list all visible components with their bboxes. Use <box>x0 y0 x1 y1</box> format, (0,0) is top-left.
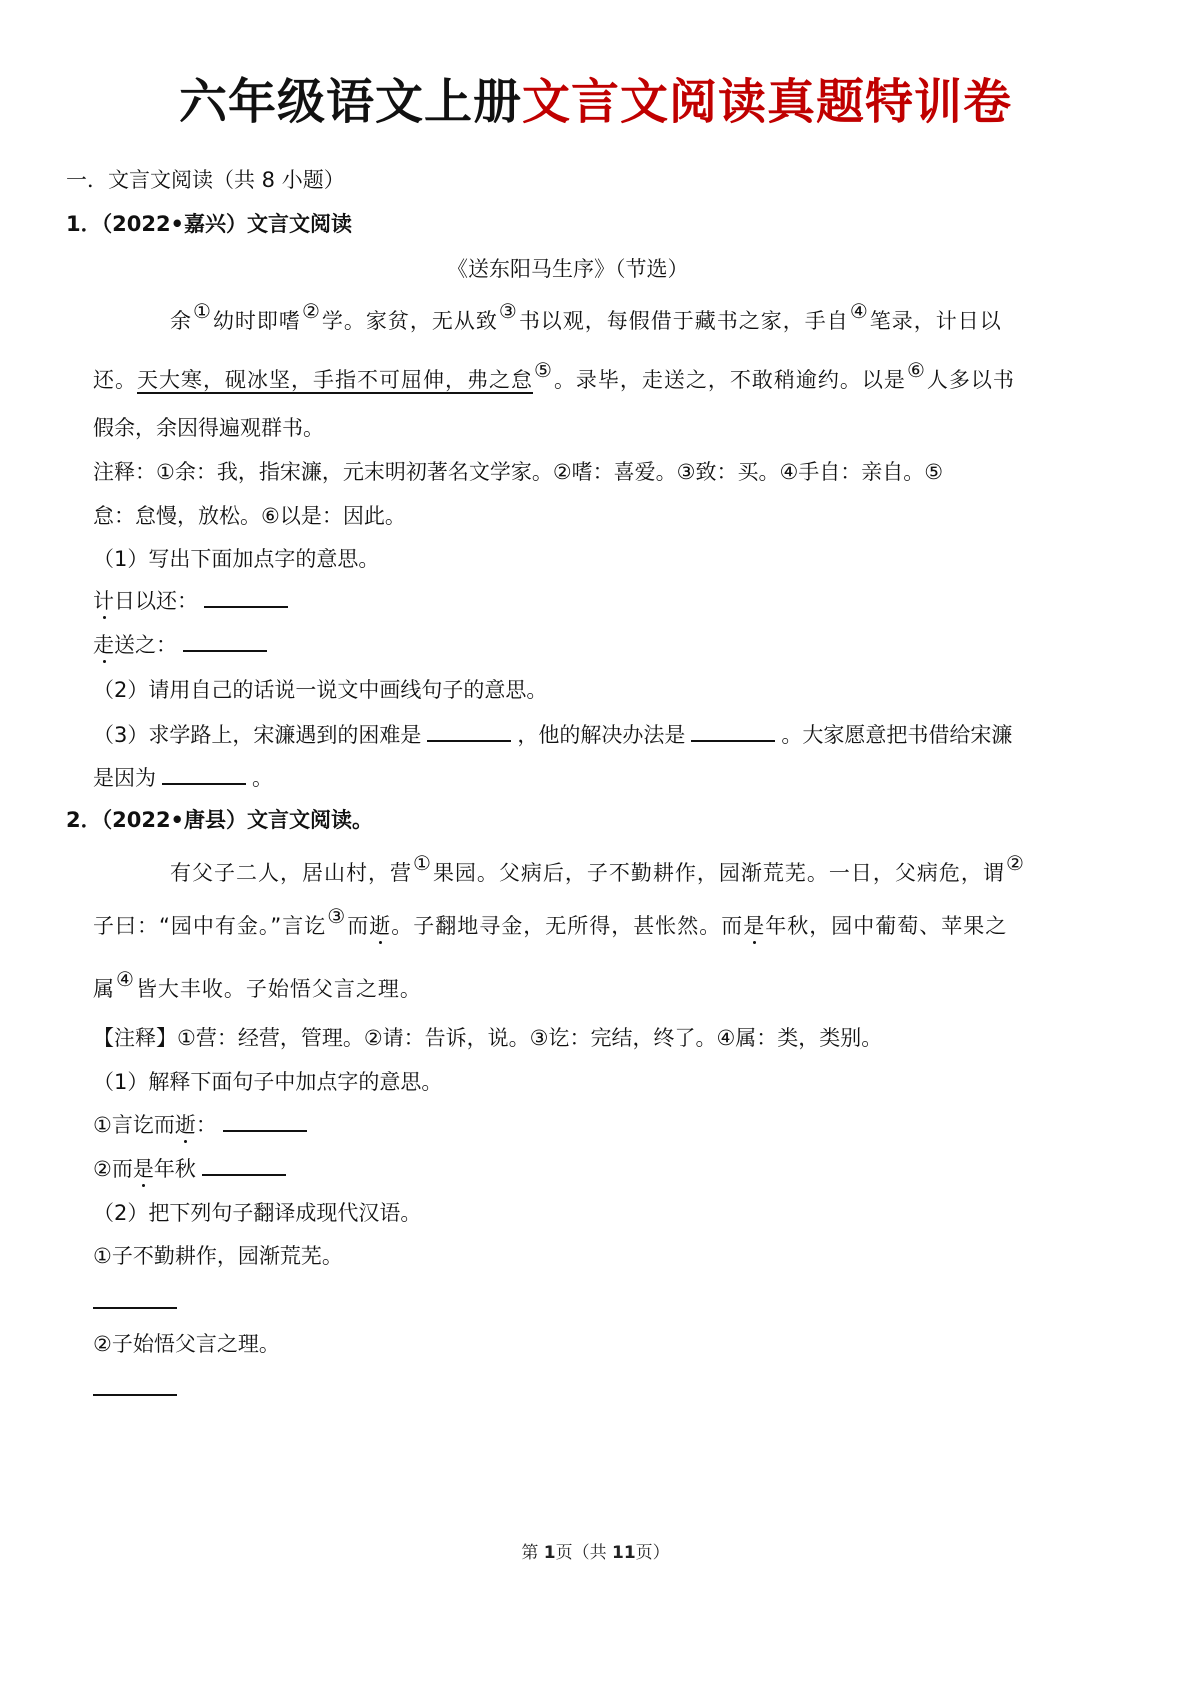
q1-sub3-cont: 是因为。 <box>93 763 273 792</box>
section-heading: 一．文言文阅读（共 8 小题） <box>66 166 345 194</box>
q2-item1: ①言讫而逝： <box>93 1110 313 1139</box>
q1-passage-title: 《送东阳马生序》（节选） <box>447 255 689 283</box>
q2-notes: 【注释】①营：经营，管理。②请：告诉，说。③讫：完结，终了。④属：类，类别。 <box>93 1024 882 1052</box>
q2-header: 2．（2022•唐县）文言文阅读。 <box>66 806 373 834</box>
page-total: 11 <box>612 1543 636 1563</box>
answer-blank[interactable] <box>202 1154 286 1176</box>
q1-passage-line3: 假余，余因得遍观群书。 <box>93 414 324 442</box>
q1-item-a: 计日以还： <box>93 586 294 615</box>
answer-blank[interactable] <box>223 1110 307 1132</box>
q1-notes-line2: 怠：怠慢，放松。⑥以是：因此。 <box>93 502 406 530</box>
q2-passage-line3: 属④皆大丰收。子始悟父言之理。 <box>93 975 422 1003</box>
title-black: 六年级语文上册 <box>179 74 522 130</box>
q2-passage-line2: 子曰：“园中有金。”言讫③而逝。子翻地寻金，无所得，甚怅然。而是年秋，园中葡萄、… <box>93 912 1007 940</box>
q1-passage-line1: 余①幼时即嗜②学。家贫，无从致③书以观，每假借于藏书之家，手自④笔录，计日以 <box>170 307 1002 335</box>
q2-sub1: （1）解释下面句子中加点字的意思。 <box>93 1068 442 1096</box>
answer-blank[interactable] <box>204 586 288 608</box>
q1-item-b: 走送之： <box>93 630 273 659</box>
underlined-sentence: 天大寒，砚冰坚，手指不可屈伸，弗之怠 <box>137 368 533 392</box>
q1-notes-line1: 注释：①余：我，指宋濂，元末明初著名文学家。②嗜：喜爱。③致：买。④手自：亲自。… <box>93 458 943 486</box>
q2-sub2: （2）把下列句子翻译成现代汉语。 <box>93 1199 421 1227</box>
answer-blank[interactable] <box>93 1394 177 1396</box>
q1-header: 1．（2022•嘉兴）文言文阅读 <box>66 210 352 238</box>
q2-trans1: ①子不勤耕作，园渐荒芜。 <box>93 1242 343 1270</box>
q1-passage-line2: 还。天大寒，砚冰坚，手指不可屈伸，弗之怠⑤。录毕，走送之，不敢稍逾约。以是⑥人多… <box>93 366 1015 394</box>
q2-item2: ②而是年秋 <box>93 1154 292 1183</box>
q2-passage-line1: 有父子二人，居山村，营①果园。父病后，子不勤耕作，园渐荒芜。一日，父病危，谓② <box>170 859 1026 887</box>
page-number: 1 <box>544 1543 556 1563</box>
page-title: 六年级语文上册文言文阅读真题特训卷 <box>0 72 1191 132</box>
q1-sub3: （3）求学路上，宋濂遇到的困难是，他的解决办法是。大家愿意把书借给宋濂 <box>93 720 1012 749</box>
page-footer: 第 1页（共 11页） <box>0 1538 1191 1563</box>
q2-trans2: ②子始悟父言之理。 <box>93 1330 280 1358</box>
q1-sub1: （1）写出下面加点字的意思。 <box>93 545 379 573</box>
answer-blank[interactable] <box>183 630 267 652</box>
answer-blank[interactable] <box>93 1307 177 1309</box>
answer-blank[interactable] <box>427 720 511 742</box>
answer-blank[interactable] <box>691 720 775 742</box>
q1-sub2: （2）请用自己的话说一说文中画线句子的意思。 <box>93 676 547 704</box>
answer-blank[interactable] <box>162 763 246 785</box>
title-red: 文言文阅读真题特训卷 <box>522 74 1012 130</box>
